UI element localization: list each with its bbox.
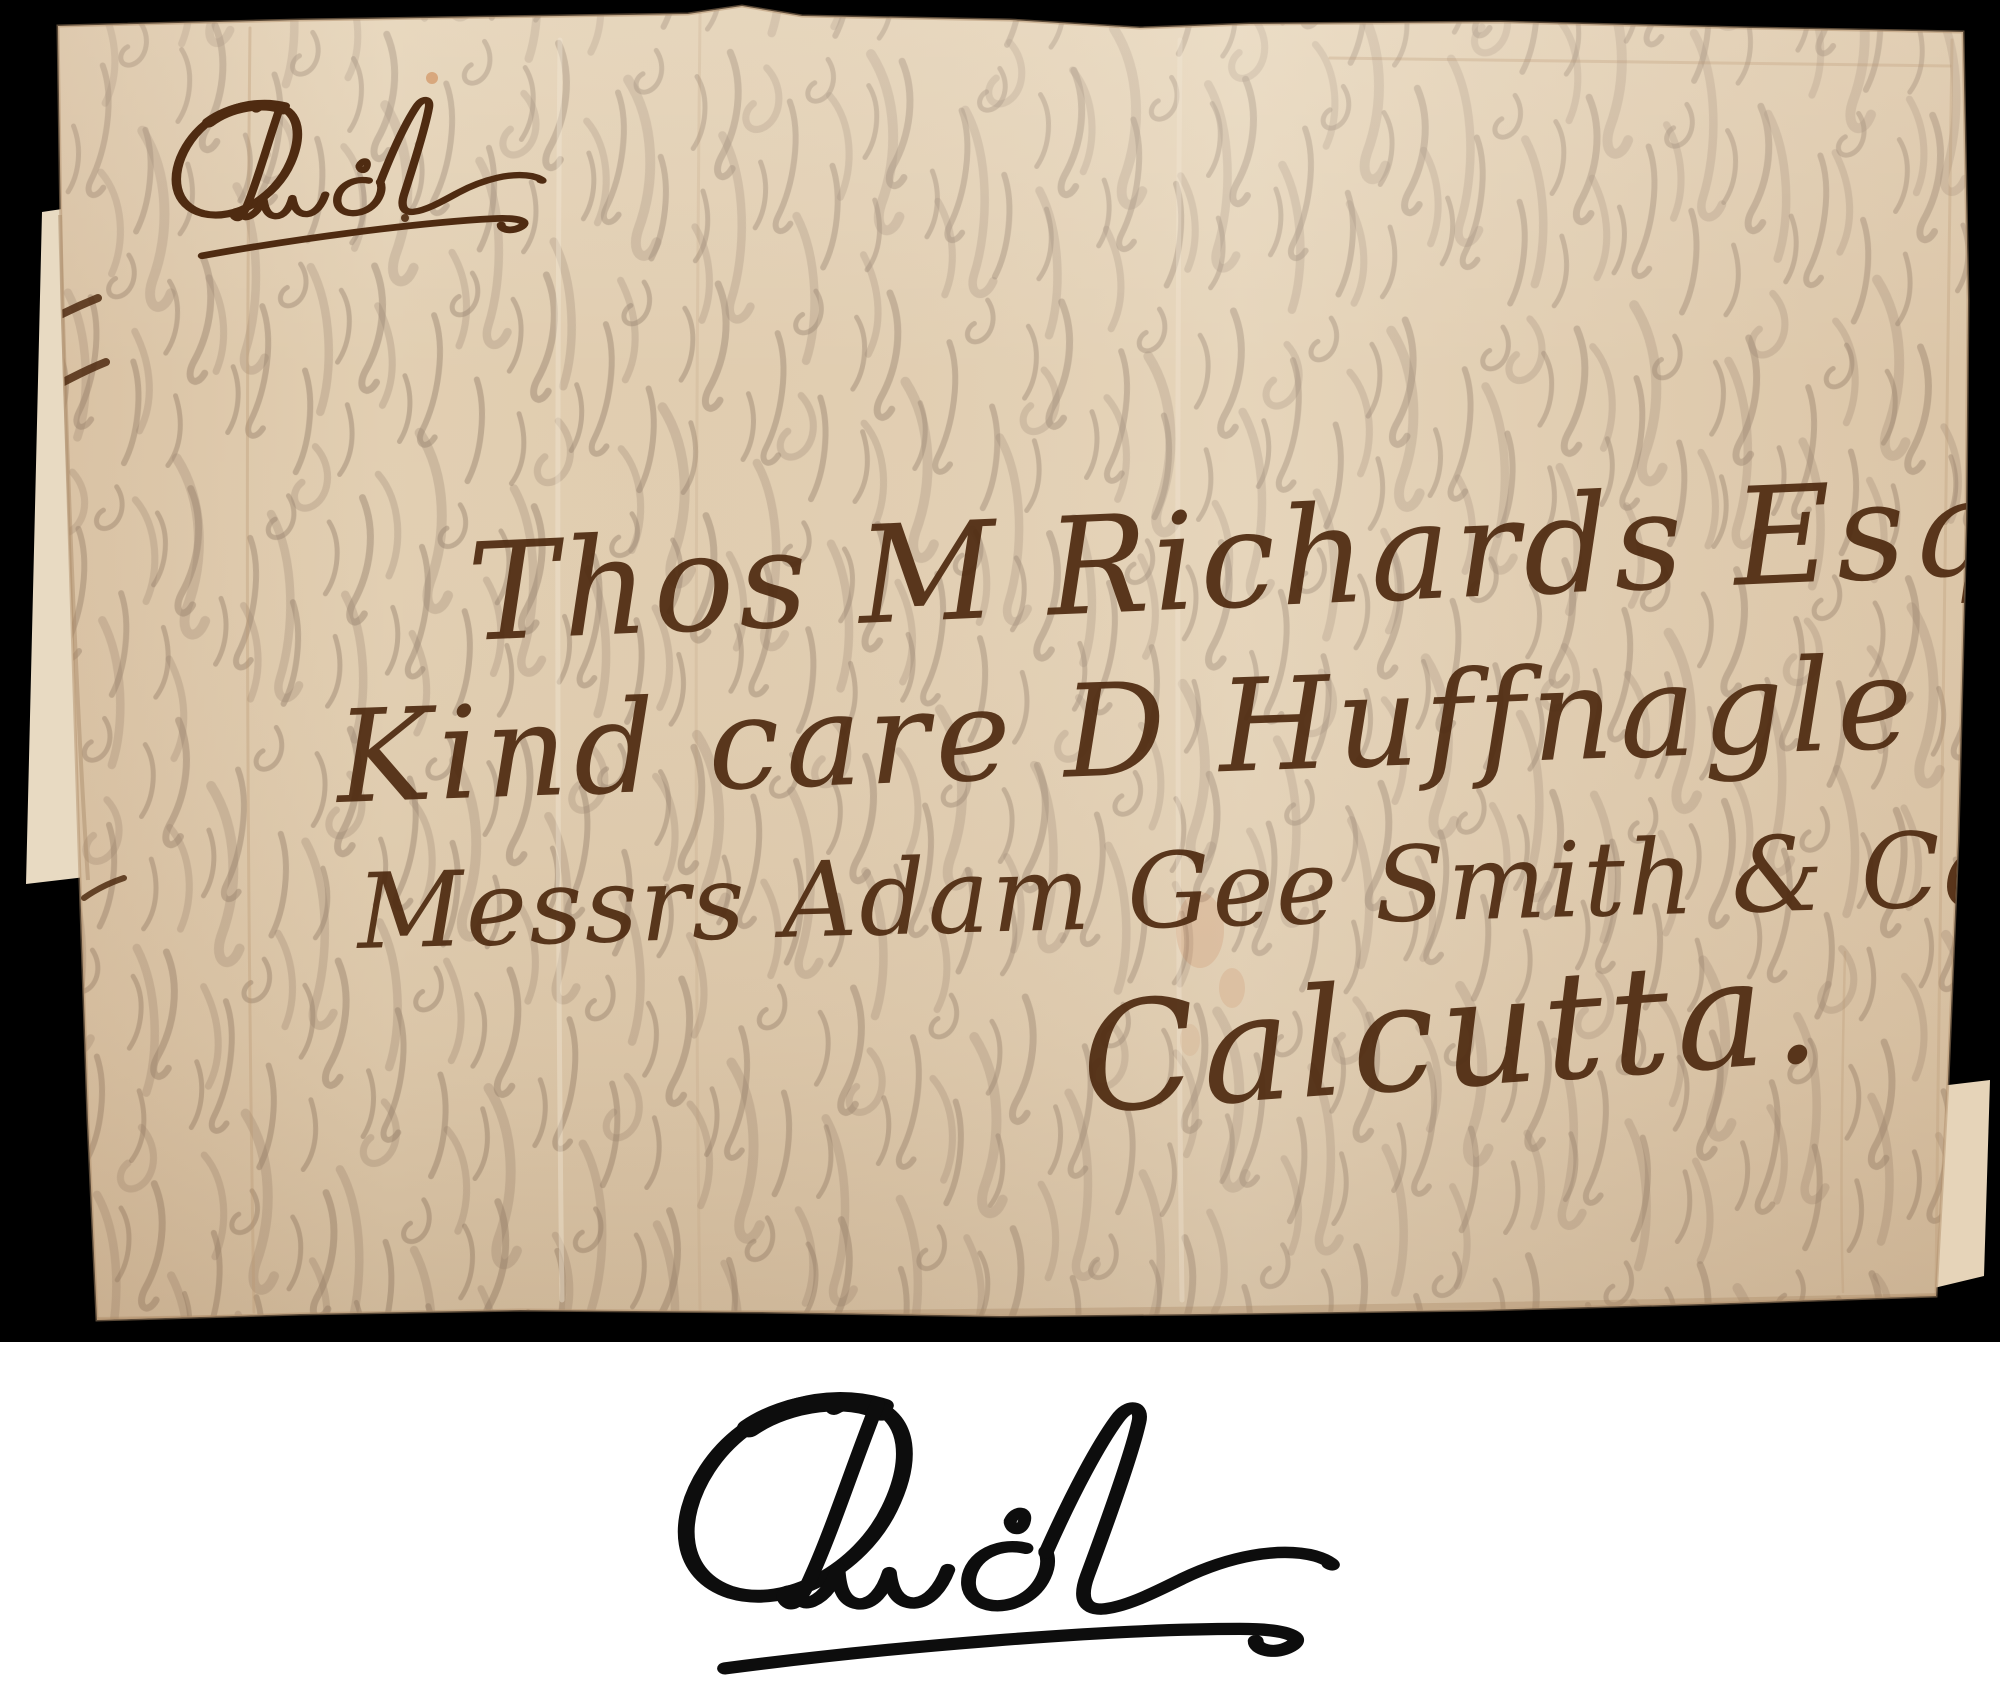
folded-letter-scan: Paid Thos M Richards Esq Kind care D Huf… xyxy=(0,0,2000,1691)
letter-photo-page: Paid Thos M Richards Esq Kind care D Huf… xyxy=(0,0,2000,1691)
ink-dot xyxy=(401,214,409,222)
